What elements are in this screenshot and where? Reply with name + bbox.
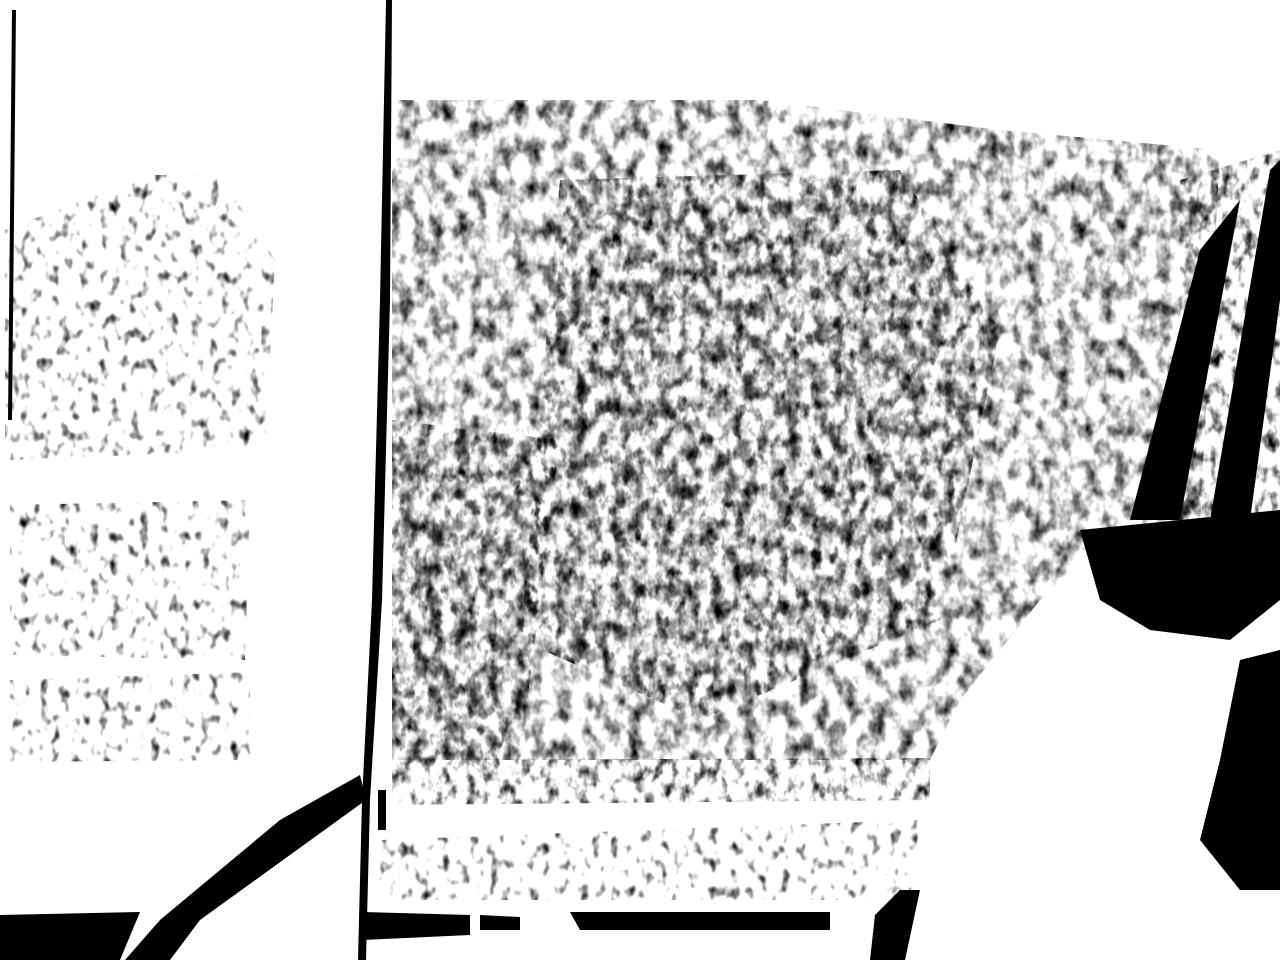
photo-scene	[0, 0, 1280, 960]
